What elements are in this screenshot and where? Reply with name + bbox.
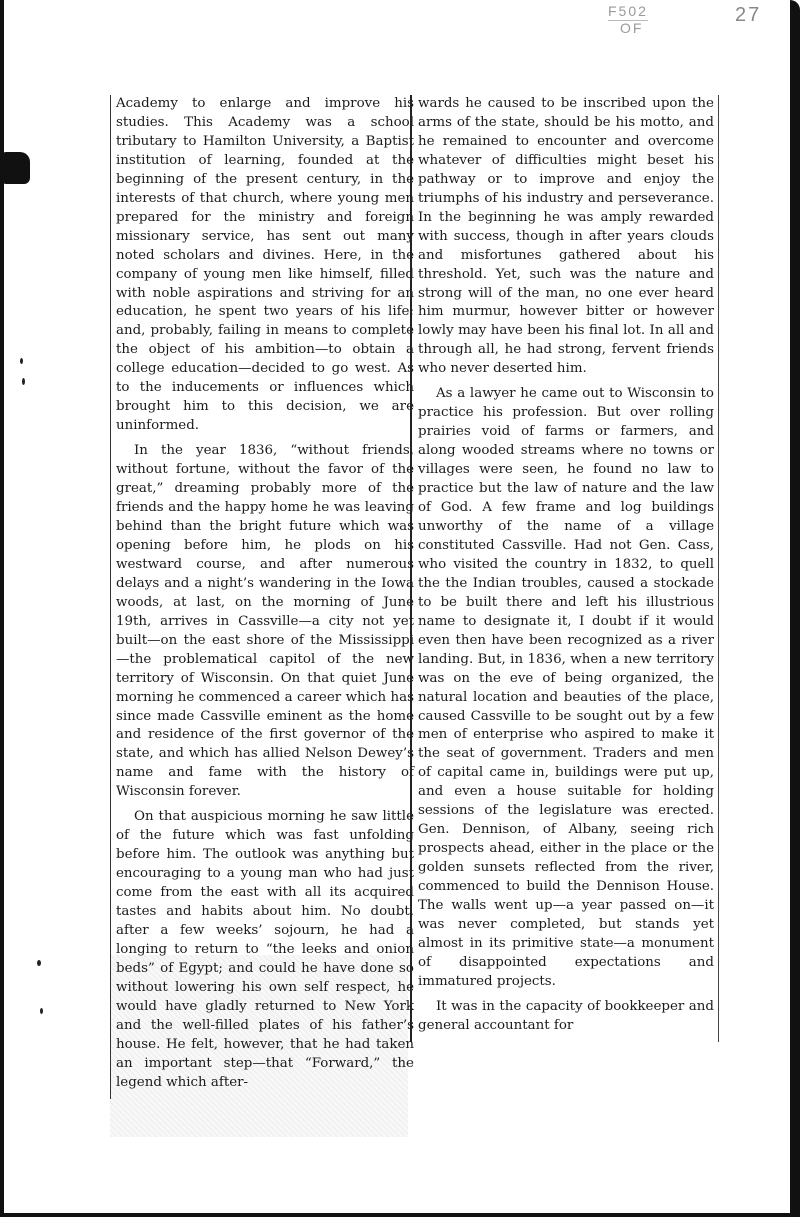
archive-annotation: F502 OF bbox=[608, 4, 648, 35]
margin-speck bbox=[37, 960, 41, 966]
margin-speck bbox=[40, 1008, 43, 1014]
scan-right-edge bbox=[790, 0, 800, 1217]
annotation-line-2: OF bbox=[608, 20, 648, 35]
scan-bottom-edge bbox=[0, 1213, 800, 1217]
margin-speck bbox=[22, 378, 25, 385]
annotation-line-1: F502 bbox=[608, 3, 648, 19]
paragraph: On that auspicious morning he saw little… bbox=[116, 808, 414, 1092]
left-column: Academy to enlarge and improve his studi… bbox=[110, 95, 414, 1099]
paragraph: As a lawyer he came out to Wisconsin to … bbox=[418, 385, 714, 992]
paragraph: Academy to enlarge and improve his studi… bbox=[116, 95, 414, 436]
paragraph: It was in the capacity of bookkeeper and… bbox=[418, 998, 714, 1036]
paragraph: In the year 1836, “without friends, with… bbox=[116, 442, 414, 802]
right-column: wards he caused to be inscribed upon the… bbox=[410, 95, 719, 1042]
page-number: 27 bbox=[735, 4, 761, 27]
ink-blot bbox=[2, 152, 30, 184]
paragraph: wards he caused to be inscribed upon the… bbox=[418, 95, 714, 379]
margin-speck bbox=[20, 358, 23, 364]
